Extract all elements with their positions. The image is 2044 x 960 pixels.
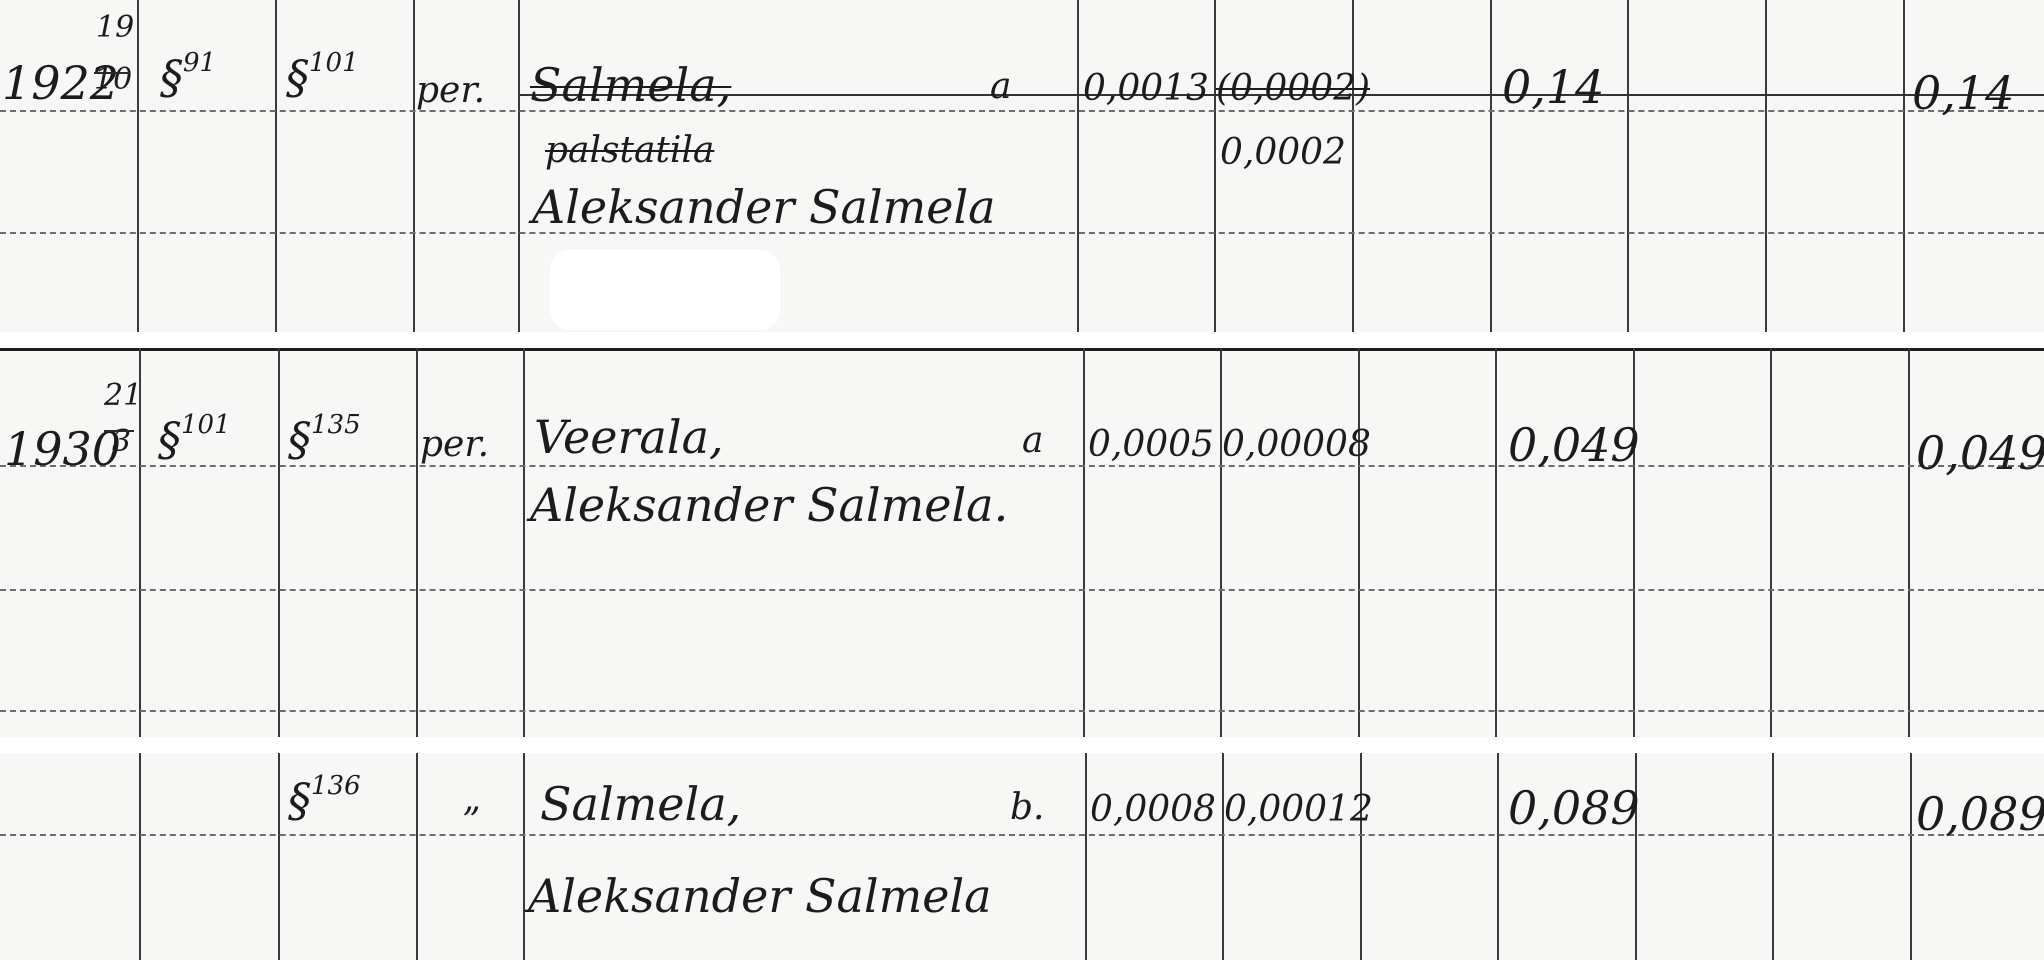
ditto-mark: ”: [462, 801, 480, 842]
area-value: 0,0005: [1088, 424, 1214, 465]
transfer-type: per.: [416, 70, 485, 111]
column-divider: [1627, 0, 1629, 332]
date-day: 19: [96, 10, 134, 45]
row-rule: [0, 232, 2044, 234]
to-reference: §135: [288, 412, 361, 466]
row-rule: [0, 110, 2044, 112]
section-sign-icon: §: [288, 773, 311, 827]
section-top-rule: [0, 348, 2044, 351]
column-divider: [413, 0, 415, 332]
fraction-bar: [104, 430, 134, 432]
section-sign-icon: §: [158, 412, 181, 466]
from-reference: §101: [158, 412, 231, 466]
column-divider: [278, 348, 280, 737]
ledger-section-3: §136 ” Salmela, b. Aleksander Salmela 0,…: [0, 753, 2044, 960]
column-divider: [1772, 753, 1774, 960]
ref-number: 101: [181, 410, 231, 440]
ref-number: 136: [311, 771, 361, 801]
ref-number: 135: [311, 410, 361, 440]
total-value: 0,089: [1916, 787, 2044, 841]
erased-patch: [550, 250, 780, 330]
assessment-value: 0,049: [1508, 418, 1640, 472]
owner-name: Aleksander Salmela: [532, 180, 996, 234]
column-divider: [1077, 0, 1079, 332]
assessment-value: 0,089: [1508, 781, 1640, 835]
column-divider: [1903, 0, 1905, 332]
total-value: 0,14: [1912, 66, 2014, 120]
property-name: Salmela,: [540, 777, 741, 831]
column-divider: [1908, 348, 1910, 737]
tax-value: 0,00012: [1224, 789, 1373, 830]
property-suffix: a: [990, 66, 1011, 107]
column-divider: [278, 753, 280, 960]
ref-number: 101: [309, 48, 359, 78]
column-divider: [275, 0, 277, 332]
tax-value: 0,0002: [1220, 132, 1346, 173]
total-value: 0,049: [1916, 426, 2044, 480]
transfer-type: per.: [420, 424, 489, 465]
to-reference: §101: [286, 50, 359, 104]
fraction-bar: [94, 72, 130, 74]
column-divider: [1495, 348, 1497, 737]
column-divider: [1633, 348, 1635, 737]
column-divider: [1360, 753, 1362, 960]
property-suffix: b.: [1010, 787, 1045, 828]
column-divider: [1910, 753, 1912, 960]
column-divider: [523, 753, 525, 960]
ledger-section-2: 1930 21 3 §101 §135 per. Veerala, a Alek…: [0, 348, 2044, 737]
column-divider: [416, 348, 418, 737]
column-divider: [1497, 753, 1499, 960]
column-divider: [139, 753, 141, 960]
column-divider: [1770, 348, 1772, 737]
area-value: 0,0008: [1090, 789, 1216, 830]
struck-tax-value: (0,0002): [1216, 68, 1370, 109]
column-divider: [1490, 0, 1492, 332]
row-rule: [0, 589, 2044, 591]
property-name: Veerala,: [534, 410, 724, 464]
property-suffix: a: [1022, 420, 1043, 461]
column-divider: [1220, 348, 1222, 737]
section-sign-icon: §: [288, 412, 311, 466]
column-divider: [137, 0, 139, 332]
column-divider: [416, 753, 418, 960]
column-divider: [1085, 753, 1087, 960]
ledger-section-1: 1922 19 10 §91 §101 per. Salmela, a pals…: [0, 0, 2044, 332]
to-reference: §136: [288, 773, 361, 827]
date-day: 21: [104, 378, 142, 413]
column-divider: [1352, 0, 1354, 332]
column-divider: [523, 348, 525, 737]
column-divider: [518, 0, 520, 332]
row-rule: [0, 710, 2044, 712]
column-divider: [1214, 0, 1216, 332]
column-divider: [1358, 348, 1360, 737]
date-month: 10: [94, 62, 132, 97]
section-sign-icon: §: [286, 50, 309, 104]
ref-number: 91: [183, 48, 216, 78]
area-value: 0,0013: [1083, 68, 1209, 109]
section-sign-icon: §: [160, 50, 183, 104]
column-divider: [1222, 753, 1224, 960]
row-rule: [0, 834, 2044, 836]
column-divider: [1083, 348, 1085, 737]
tax-value: 0,00008: [1222, 424, 1371, 465]
assessment-value: 0,14: [1502, 60, 1604, 114]
column-divider: [1765, 0, 1767, 332]
owner-name: Aleksander Salmela: [528, 869, 992, 923]
property-name: Salmela,: [530, 58, 731, 112]
from-reference: §91: [160, 50, 216, 104]
owner-name: Aleksander Salmela.: [530, 478, 1008, 532]
struck-subline: palstatila: [545, 130, 714, 171]
